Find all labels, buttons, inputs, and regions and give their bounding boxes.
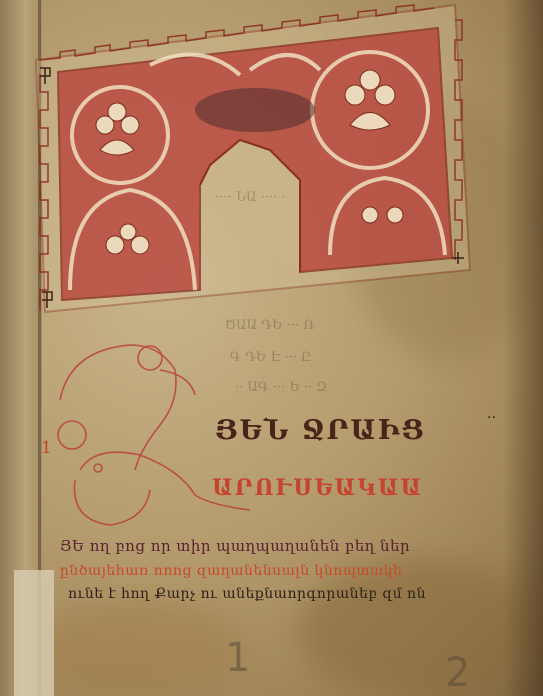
folio-mark: 2 (445, 650, 470, 696)
show-through-text: ·· ԱԳ ··· Ե ·· Զ (235, 380, 327, 395)
text-line: ՅԵ ող բոց որ տիր պաղպաղանեն բեղ ներ (60, 537, 410, 555)
show-through-text: Գ ԴԵ Է ··· Ը (230, 350, 312, 365)
title-line-red: ԱՐՈՒՍԵԱԿԱԱ (212, 475, 423, 501)
title-line-dark: ՅԵՆ ՋՐԱԻՑ (215, 415, 426, 446)
section-number: 1 (41, 438, 52, 458)
text-line: ընծայեհառ ոռոց զաղանենսալն կնոպտակե (60, 563, 402, 579)
folio-mark: 1 (225, 635, 250, 681)
show-through-text: ԾԱԱ ԴԵ ··· Ռ (225, 318, 315, 333)
margin-mark: .. (487, 406, 496, 422)
text-line: ունե է հող Քարչ ու անեքնաորգորանեբ զմ ոն (68, 586, 426, 602)
manuscript-page: ···· ՆԱ ···· · ԾԱԱ ԴԵ ··· Ռ Գ ԴԵ Է ··· Ը… (0, 0, 543, 696)
show-through-text: ···· ՆԱ ···· · (215, 190, 285, 205)
